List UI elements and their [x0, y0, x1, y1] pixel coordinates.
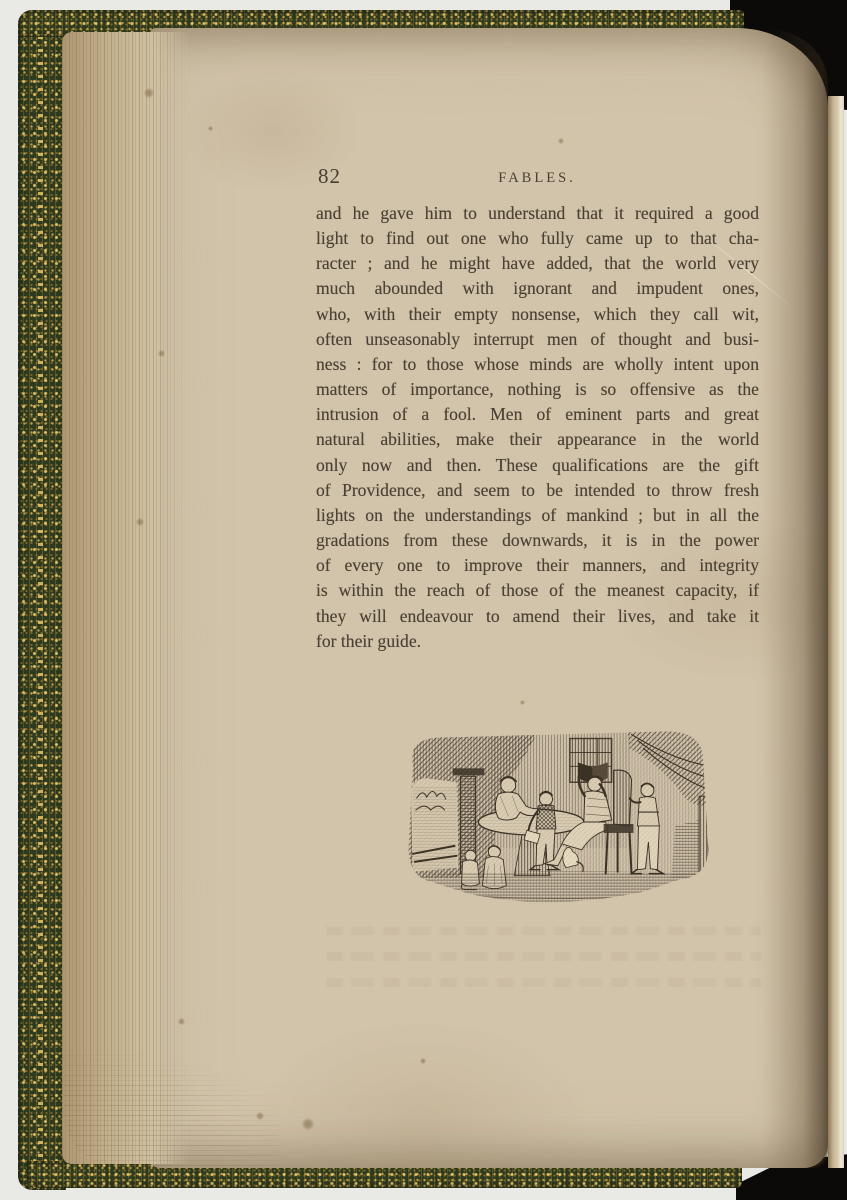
body-text-line: lights on the understandings of mankind … — [316, 503, 759, 528]
family-parlour-illustration — [383, 726, 717, 918]
gutter-shadow — [764, 28, 828, 1168]
body-text-line: gradations from these downwards, it is i… — [316, 528, 759, 553]
book-page: 82 FABLES. and he gave him to understand… — [150, 28, 828, 1168]
body-text-line: of Providence, and seem to be intended t… — [316, 478, 759, 503]
page-curl-bottom-left — [64, 1048, 279, 1166]
verso-showthrough-texture — [326, 926, 762, 1004]
body-text-line: intrusion of a fool. Men of eminent part… — [316, 402, 759, 427]
body-text-line: for their guide. — [316, 629, 759, 654]
body-text-line: often unseasonably interrupt men of thou… — [316, 327, 759, 352]
body-text-line: they will endeavour to amend their lives… — [316, 604, 759, 629]
body-text-line: light to find out one who fully came up … — [316, 226, 759, 251]
facing-page-sliver — [828, 96, 844, 1168]
page-edges-stack — [62, 32, 190, 1164]
body-text: and he gave him to understand that it re… — [316, 201, 759, 654]
body-text-line: is within the reach of those of the mean… — [316, 578, 759, 603]
body-text-line: of every one to improve their manners, a… — [316, 553, 759, 578]
book-photograph: 82 FABLES. and he gave him to understand… — [0, 0, 847, 1200]
body-text-line: much abounded with ignorant and impudent… — [316, 276, 759, 301]
body-text-line: natural abilities, make their appearance… — [316, 427, 759, 452]
body-text-line: only now and then. These qualifications … — [316, 453, 759, 478]
body-text-line: and he gave him to understand that it re… — [316, 201, 759, 226]
body-text-line: matters of importance, nothing is so off… — [316, 377, 759, 402]
body-text-line: racter ; and he might have added, that t… — [316, 251, 759, 276]
gilt-cover-border-left — [18, 10, 66, 1190]
body-text-line: ness : for to those whose minds are whol… — [316, 352, 759, 377]
body-text-line: who, with their empty nonsense, which th… — [316, 302, 759, 327]
running-head: FABLES. — [316, 170, 758, 187]
